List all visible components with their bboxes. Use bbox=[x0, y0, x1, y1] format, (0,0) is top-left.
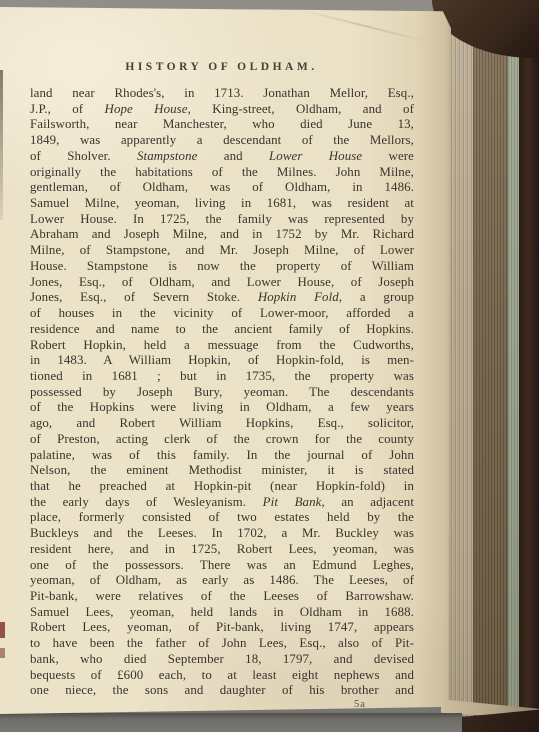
text-line: Robert Hopkin, held a messuage from the … bbox=[30, 338, 414, 354]
text-line: yeoman, of Oldham, as early as 1486. The… bbox=[30, 573, 414, 589]
text-line: bank, who died September 18, 1797, and d… bbox=[30, 652, 414, 668]
text-line: of Sholver. Stampstone and Lower House w… bbox=[30, 149, 414, 165]
text-line: Jones, Esq., of Oldham, and Lower House,… bbox=[30, 275, 414, 291]
text-line: originally the habitations of the Milnes… bbox=[30, 165, 414, 181]
text-line: one of the possessors. There was an Edmu… bbox=[30, 558, 414, 574]
text-line: place, formerly consisted of two estates… bbox=[30, 510, 414, 526]
text-line: Buckleys and the Leeses. In 1702, a Mr. … bbox=[30, 526, 414, 542]
text-line: J.P., of Hope House, King-street, Oldham… bbox=[30, 102, 414, 118]
text-line: that he preached at Hopkin-pit (near Hop… bbox=[30, 479, 414, 495]
text-line: gentleman, of Oldham, was of Oldham, in … bbox=[30, 180, 414, 196]
text-line: bequests of £600 each, to at least eight… bbox=[30, 668, 414, 684]
signature-mark: 5a bbox=[354, 699, 366, 710]
text-line: palatine, was of this family. In the jou… bbox=[30, 448, 414, 464]
text-line: Abraham and Joseph Milne, and in 1752 by… bbox=[30, 227, 414, 243]
text-line: of Preston, acting clerk of the crown fo… bbox=[30, 432, 414, 448]
page-bottom-shadow bbox=[0, 713, 462, 732]
text-line: House. Stampstone is now the property of… bbox=[30, 259, 414, 275]
text-line: the early days of Wesleyanism. Pit Bank,… bbox=[30, 495, 414, 511]
text-line: Samuel Milne, yeoman, living in 1681, wa… bbox=[30, 196, 414, 212]
spine-mark bbox=[0, 648, 5, 658]
page-text: land near Rhodes's, in 1713. Jonathan Me… bbox=[30, 86, 414, 699]
text-line: ago, and Robert William Hopkins, Esq., s… bbox=[30, 416, 414, 432]
book-page: HISTORY OF OLDHAM. land near Rhodes's, i… bbox=[0, 7, 451, 714]
text-line: of the Hopkins were living in Oldham, a … bbox=[30, 400, 414, 416]
page-edges-light bbox=[447, 4, 473, 716]
text-line: Nelson, the eminent Methodist minister, … bbox=[30, 463, 414, 479]
text-line: Pit-bank, were relatives of the Leeses o… bbox=[30, 589, 414, 605]
page-edges-dark bbox=[473, 4, 508, 716]
text-line: Samuel Lees, yeoman, held lands in Oldha… bbox=[30, 605, 414, 621]
text-line: Jones, Esq., of Severn Stoke. Hopkin Fol… bbox=[30, 290, 414, 306]
text-line: 1849, was apparently a descendant of the… bbox=[30, 133, 414, 149]
book-cover-edge bbox=[519, 0, 539, 732]
book-photo: HISTORY OF OLDHAM. land near Rhodes's, i… bbox=[0, 0, 539, 732]
text-line: land near Rhodes's, in 1713. Jonathan Me… bbox=[30, 86, 414, 102]
running-head: HISTORY OF OLDHAM. bbox=[30, 61, 413, 73]
text-line: Lower House. In 1725, the family was rep… bbox=[30, 212, 414, 228]
photo-left-edge bbox=[0, 70, 3, 220]
text-line: residence and name to the ancient family… bbox=[30, 322, 414, 338]
text-line: to have been the father of John Lees, Es… bbox=[30, 636, 414, 652]
text-line: Failsworth, near Manchester, who died Ju… bbox=[30, 117, 414, 133]
spine-mark bbox=[0, 622, 5, 638]
page-crease bbox=[302, 9, 429, 42]
text-line: one niece, the sons and daughter of his … bbox=[30, 683, 414, 699]
text-line: resident here, and in 1725, Robert Lees,… bbox=[30, 542, 414, 558]
text-line: possessed by Joseph Bury, yeoman. The de… bbox=[30, 385, 414, 401]
text-line: tioned in 1681 ; but in 1735, the proper… bbox=[30, 369, 414, 385]
text-line: Robert Lees, yeoman, of Pit-bank, living… bbox=[30, 620, 414, 636]
text-line: Milne, of Stampstone, and Mr. Joseph Mil… bbox=[30, 243, 414, 259]
text-line: of houses in the vicinity of Lower-moor,… bbox=[30, 306, 414, 322]
text-line: in 1483. A William Hopkin, of Hopkin-fol… bbox=[30, 353, 414, 369]
